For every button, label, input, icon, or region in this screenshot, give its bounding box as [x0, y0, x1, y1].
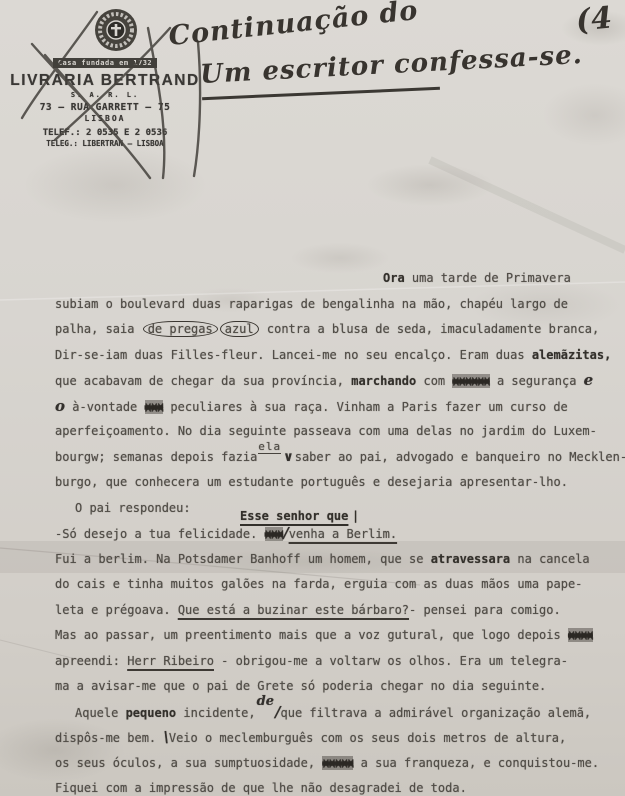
typewritten-line: ma a avisar-me que o pai de Grete só pod…: [55, 674, 621, 700]
bold-typed-text: alemãzitas,: [532, 348, 611, 362]
typewritten-line: bourgw; semanas depois faziaela∨saber ao…: [55, 445, 621, 471]
typed-text: uma tarde de Primavera: [405, 271, 571, 285]
typed-text: à-vontade: [65, 400, 144, 414]
typed-text: Fui a berlim. Na Potsdamer Banhoff um ho…: [55, 552, 431, 566]
handwritten-mark: e: [584, 371, 594, 389]
typed-text: subiam o boulevard duas raparigas de ben…: [55, 297, 568, 311]
typed-text: a segurança: [490, 374, 584, 388]
typed-text: - pensei para comigo.: [409, 603, 561, 617]
typewritten-line: Mas ao passar, um preentimento mais que …: [55, 623, 621, 649]
bold-typed-text: atravessara: [431, 552, 510, 566]
typewritten-line: Aquele pequeno incidente,de/que filtrava…: [55, 700, 621, 726]
typed-text: Aquele: [75, 706, 126, 720]
typewritten-line: os seus óculos, a sua sumptuosidade, xxx…: [55, 751, 621, 777]
typewritten-line: leta e prégoava. Que está a buzinar este…: [55, 598, 621, 624]
typed-text: apreendi:: [55, 654, 127, 668]
typed-text: O pai respondeu:: [75, 501, 191, 515]
typed-text: com: [416, 374, 452, 388]
typed-text: ma a avisar-me que o pai de Grete só pod…: [55, 679, 546, 693]
underlined-text: Herr Ribeiro: [127, 654, 214, 668]
typewritten-line: palha, saia de pregasazul contra a blusa…: [55, 317, 621, 343]
manuscript-page: Casa fundada em 1732 LIVRARIA BERTRAND S…: [0, 0, 625, 796]
typed-text: Mas ao passar, um preentimento mais que …: [55, 628, 568, 642]
typewritten-line: Fiquei com a impressão de que lhe não de…: [55, 776, 621, 796]
typed-text: contra a blusa de seda, imaculadamente b…: [260, 322, 600, 336]
typed-text: palha, saia: [55, 322, 142, 336]
typewritten-line: aperfeiçoamento. No dia seguinte passeav…: [55, 419, 621, 445]
typewritten-line: -Só desejo a tua felicidade. xxx/venha a…: [55, 521, 621, 547]
typewritten-body: Ora uma tarde de Primaverasubiam o boule…: [55, 266, 621, 796]
typed-text: burgo, que conhecera um estudante portug…: [55, 475, 568, 489]
typed-text: -Só desejo a tua felicidade.: [55, 527, 265, 541]
typed-text: - obrigou-me a voltarw os olhos. Era um …: [214, 654, 568, 668]
scribbled-out-word: xxxxx: [322, 756, 353, 770]
typewritten-line: Fui a berlim. Na Potsdamer Banhoff um ho…: [55, 547, 621, 573]
typewritten-line: dispôs-me bem. \Veio o meclemburguês com…: [55, 725, 621, 751]
typewritten-line: burgo, que conhecera um estudante portug…: [55, 470, 621, 496]
typed-text: Dir-se-iam duas Filles-fleur. Lancei-me …: [55, 348, 532, 362]
typewritten-line: o à-vontade xxx peculiares à sua raça. V…: [55, 394, 621, 420]
typewritten-line: apreendi: Herr Ribeiro - obrigou-me a vo…: [55, 649, 621, 675]
typed-text: aperfeiçoamento. No dia seguinte passeav…: [55, 424, 597, 438]
scribbled-out-word: xxx: [265, 527, 284, 541]
typed-text: na cancela: [510, 552, 589, 566]
typed-text: leta e prégoava.: [55, 603, 178, 617]
inserted-word: ela: [258, 440, 281, 454]
typewritten-line: Dir-se-iam duas Filles-fleur. Lancei-me …: [55, 343, 621, 369]
bold-typed-text: Ora: [383, 271, 405, 285]
typed-text: os seus óculos, a sua sumptuosidade,: [55, 756, 322, 770]
bold-typed-text: pequeno: [126, 706, 177, 720]
handwritten-mark: o: [55, 397, 65, 415]
page-number-annotation: (4: [575, 0, 615, 38]
typewritten-line: do cais e tinha muitos galões na farda, …: [55, 572, 621, 598]
circled-text: azul: [220, 321, 259, 337]
typewritten-line: subiam o boulevard duas raparigas de ben…: [55, 292, 621, 318]
typed-text: que filtrava a admirável organização ale…: [281, 706, 592, 720]
typewritten-line: Ora uma tarde de Primavera: [55, 266, 621, 292]
scribbled-out-word: xxxxxx: [452, 374, 489, 388]
typed-text: que acabavam de chegar da sua província,: [55, 374, 351, 388]
typed-text: dispôs-me bem.: [55, 731, 163, 745]
underlined-text: venha a Berlim.: [289, 527, 397, 541]
typed-text: do cais e tinha muitos galões na farda, …: [55, 577, 582, 591]
typed-text: incidente,: [176, 706, 255, 720]
typewritten-line: O pai respondeu:: [55, 496, 621, 522]
scribbled-out-word: xxxx: [568, 628, 593, 642]
typed-text: bourgw; semanas depois fazia: [55, 450, 257, 464]
typed-text: a sua franqueza, e conquistou-me.: [353, 756, 599, 770]
caret-mark: ∨: [283, 450, 294, 465]
scribbled-out-word: xxx: [145, 400, 164, 414]
typed-text: saber ao pai, advogado e banqueiro no Me…: [295, 450, 625, 464]
typewritten-line: que acabavam de chegar da sua província,…: [55, 368, 621, 394]
underlined-text: Que está a buzinar este bárbaro?: [178, 603, 409, 617]
handwritten-inserted-word: de: [257, 694, 274, 709]
typed-text: Veio o meclemburguês com os seus dois me…: [169, 731, 566, 745]
bold-typed-text: marchando: [351, 374, 416, 388]
typed-text: peculiares à sua raça. Vinham a Paris fa…: [163, 400, 568, 414]
typed-text: Fiquei com a impressão de que lhe não de…: [55, 781, 467, 795]
circled-text: de pregas: [143, 321, 218, 337]
